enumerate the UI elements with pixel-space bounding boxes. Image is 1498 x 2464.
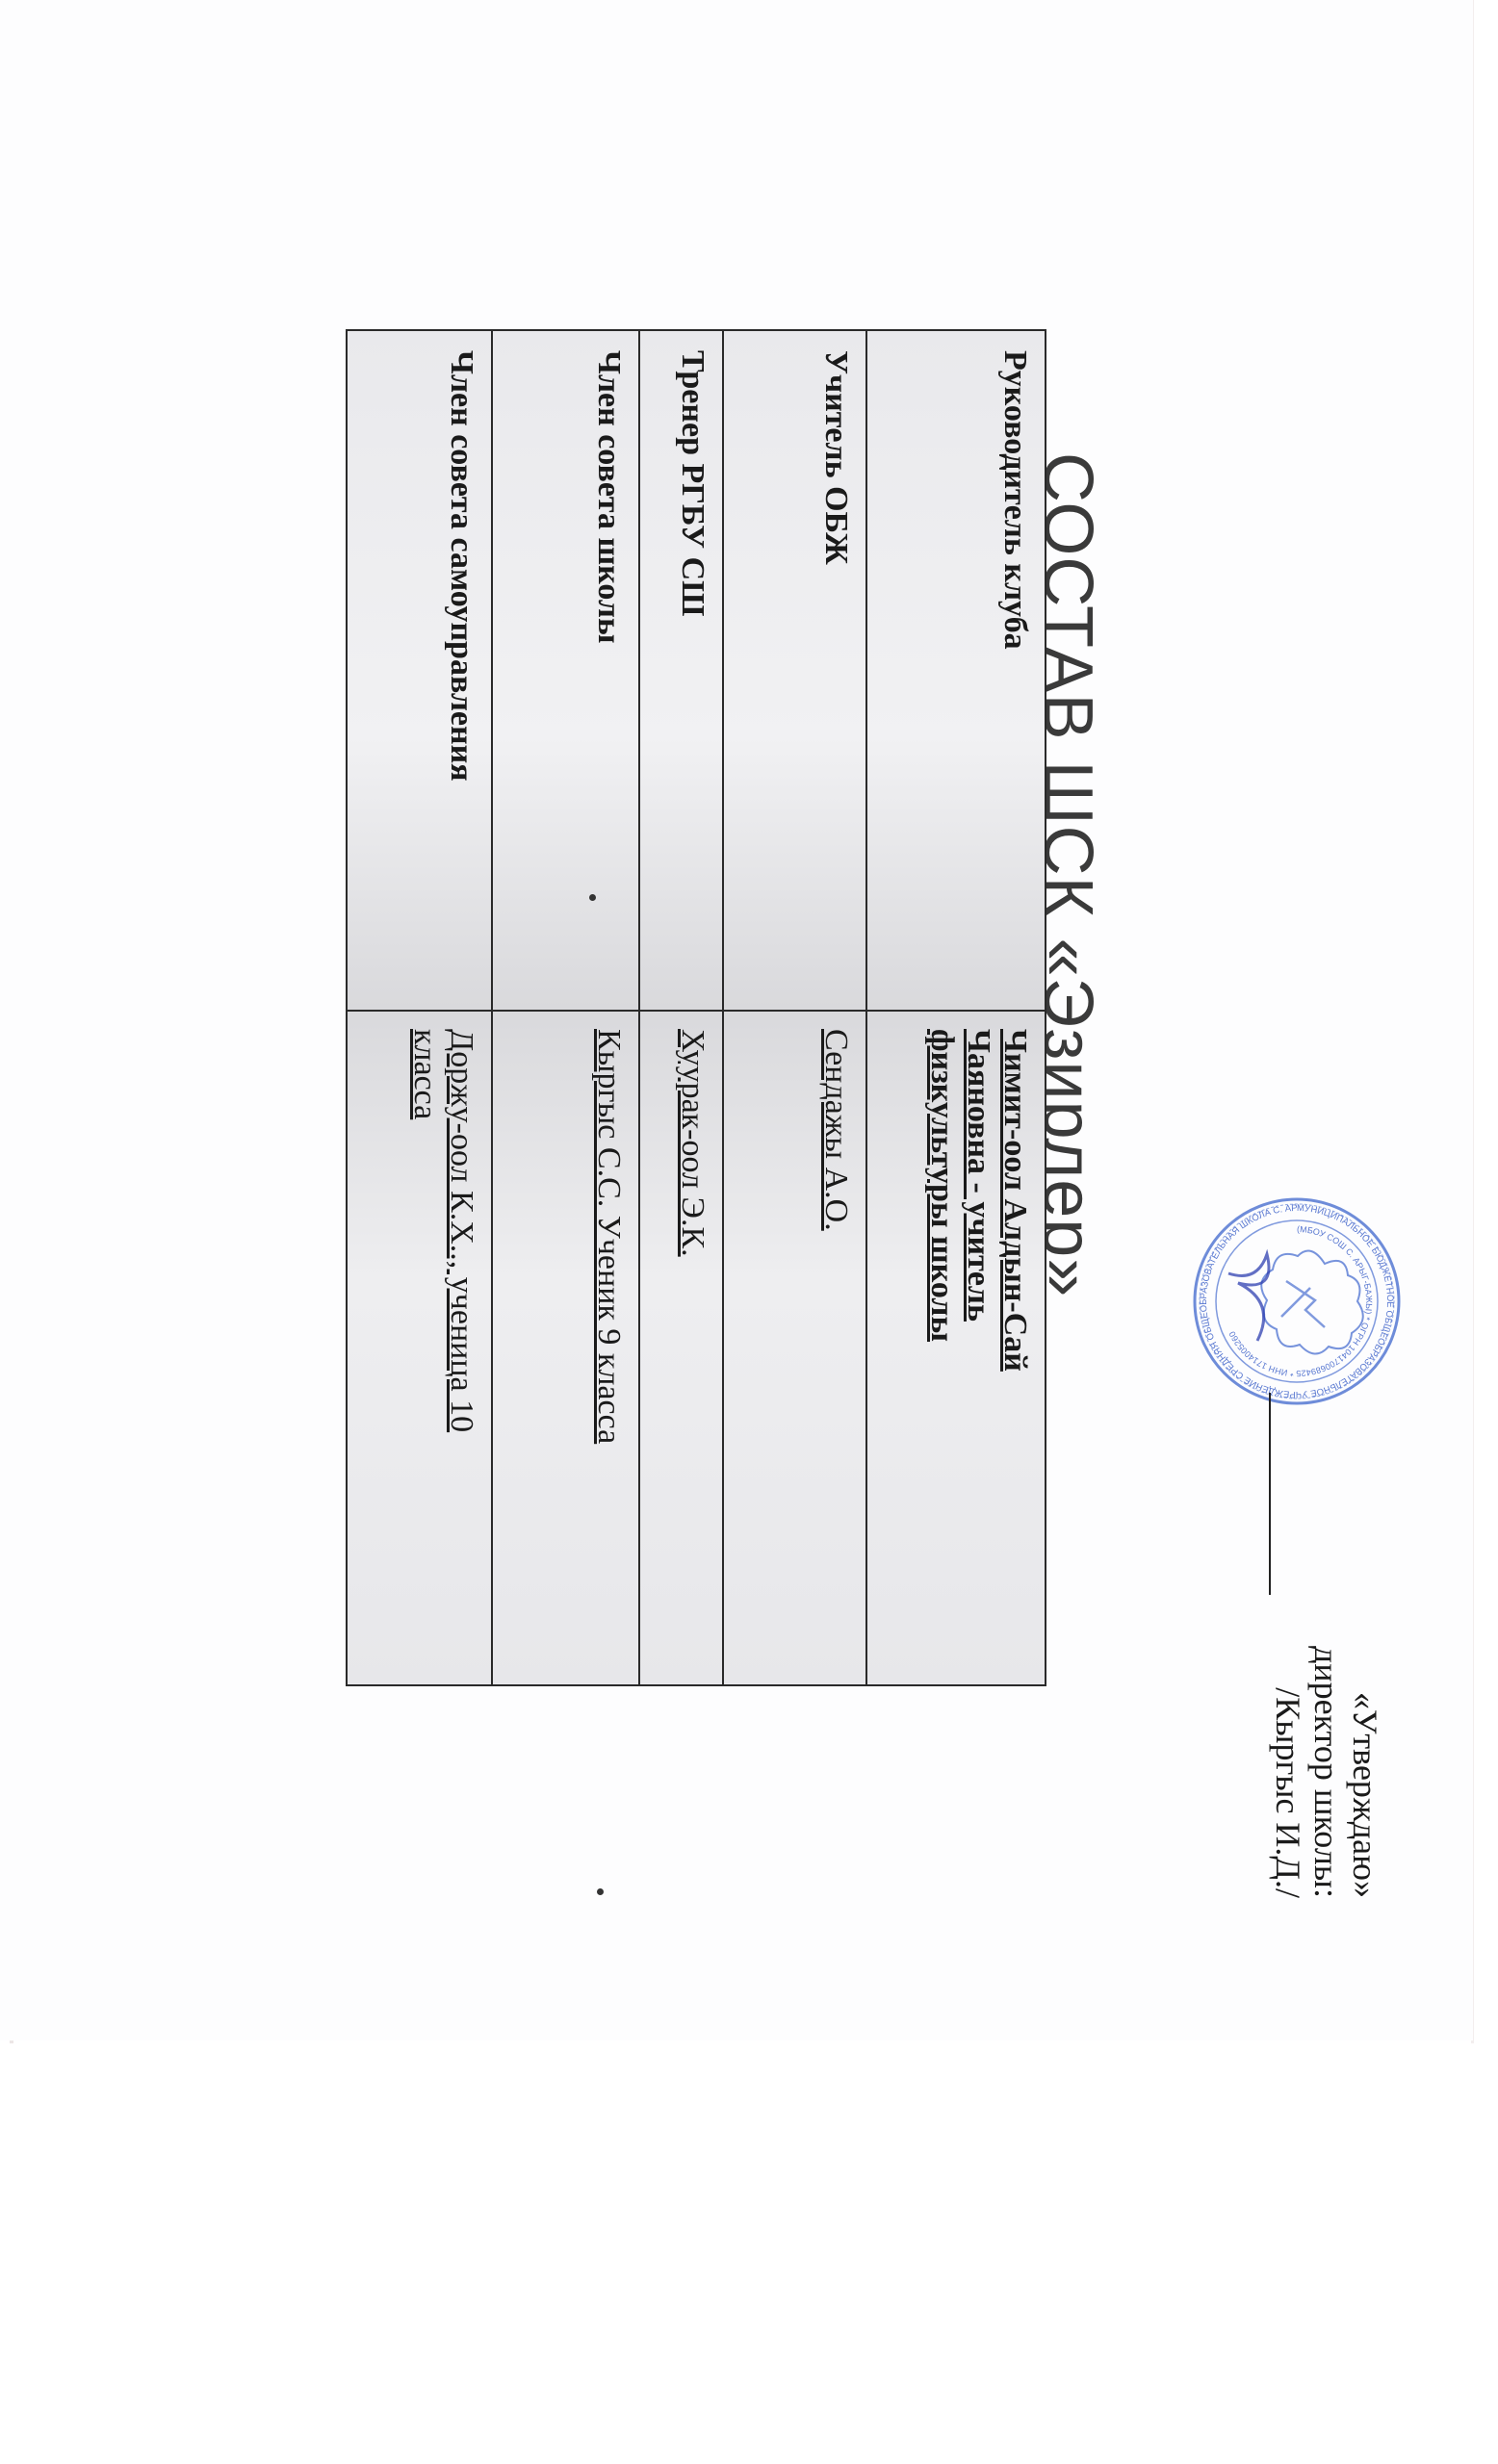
ink-speck bbox=[589, 894, 596, 901]
table-row: Член совета самоуправления Доржу-оол К.Х… bbox=[348, 331, 491, 1684]
name-line: Хуурак-оол Э.К. bbox=[675, 1029, 710, 1257]
name-line: класса bbox=[407, 1029, 443, 1119]
role-cell: Учитель ОБЖ bbox=[724, 331, 865, 1012]
name-line: Чимит-оол Алдын-Сай bbox=[997, 1029, 1033, 1372]
name-line: физкультуры школы bbox=[924, 1029, 960, 1342]
ink-speck bbox=[597, 1888, 604, 1895]
approval-block: «Утверждаю» директор школы: /Кыргыс И.Д.… bbox=[1269, 1552, 1384, 1898]
approval-position: директор школы: bbox=[1307, 1552, 1346, 1898]
members-table: Руководитель клуба Чимит-оол Алдын-Сай Ч… bbox=[346, 329, 1046, 1686]
table-row: Член совета школы Кыргыс С.С. Ученик 9 к… bbox=[491, 331, 638, 1684]
signature-line bbox=[1269, 1393, 1271, 1595]
table-row: Тренер РГБУ СШ Хуурак-оол Э.К. bbox=[638, 331, 722, 1684]
role-cell: Руководитель клуба bbox=[867, 331, 1045, 1012]
role-cell: Член совета самоуправления bbox=[348, 331, 491, 1012]
stamp-seal-icon: МУНИЦИПАЛЬНОЕ БЮДЖЕТНОЕ ОБЩЕОБРАЗОВАТЕЛЬ… bbox=[1192, 1196, 1402, 1406]
table-row: Руководитель клуба Чимит-оол Алдын-Сай Ч… bbox=[865, 331, 1045, 1684]
role-cell: Член совета школы bbox=[493, 331, 638, 1012]
name-line: Доржу-оол К.Х.., ученица 10 bbox=[444, 1029, 479, 1432]
name-line: Кыргыс С.С. Ученик 9 класса bbox=[591, 1029, 627, 1444]
approval-heading: «Утверждаю» bbox=[1346, 1552, 1384, 1898]
table-row: Учитель ОБЖ Сендажы А.О. bbox=[722, 331, 865, 1684]
name-line: Сендажы А.О. bbox=[818, 1029, 854, 1231]
name-cell: Чимит-оол Алдын-Сай Чаяновна - учитель ф… bbox=[844, 1012, 1045, 1684]
name-cell: Доржу-оол К.Х.., ученица 10 класса bbox=[324, 1012, 491, 1684]
document-page: МУНИЦИПАЛЬНОЕ БЮДЖЕТНОЕ ОБЩЕОБРАЗОВАТЕЛЬ… bbox=[0, 0, 1473, 2040]
name-line: Чаяновна - учитель bbox=[961, 1029, 996, 1322]
name-cell: Кыргыс С.С. Ученик 9 класса bbox=[470, 1012, 638, 1684]
svg-text:(МБОУ СОШ С. АРЫГ-БАЖЫ) * ОГРН: (МБОУ СОШ С. АРЫГ-БАЖЫ) * ОГРН 104170068… bbox=[1227, 1224, 1374, 1378]
role-cell: Тренер РГБУ СШ bbox=[640, 331, 722, 1012]
approval-signatory: /Кыргыс И.Д./ bbox=[1269, 1552, 1307, 1898]
name-cell: Сендажы А.О. bbox=[701, 1012, 865, 1684]
